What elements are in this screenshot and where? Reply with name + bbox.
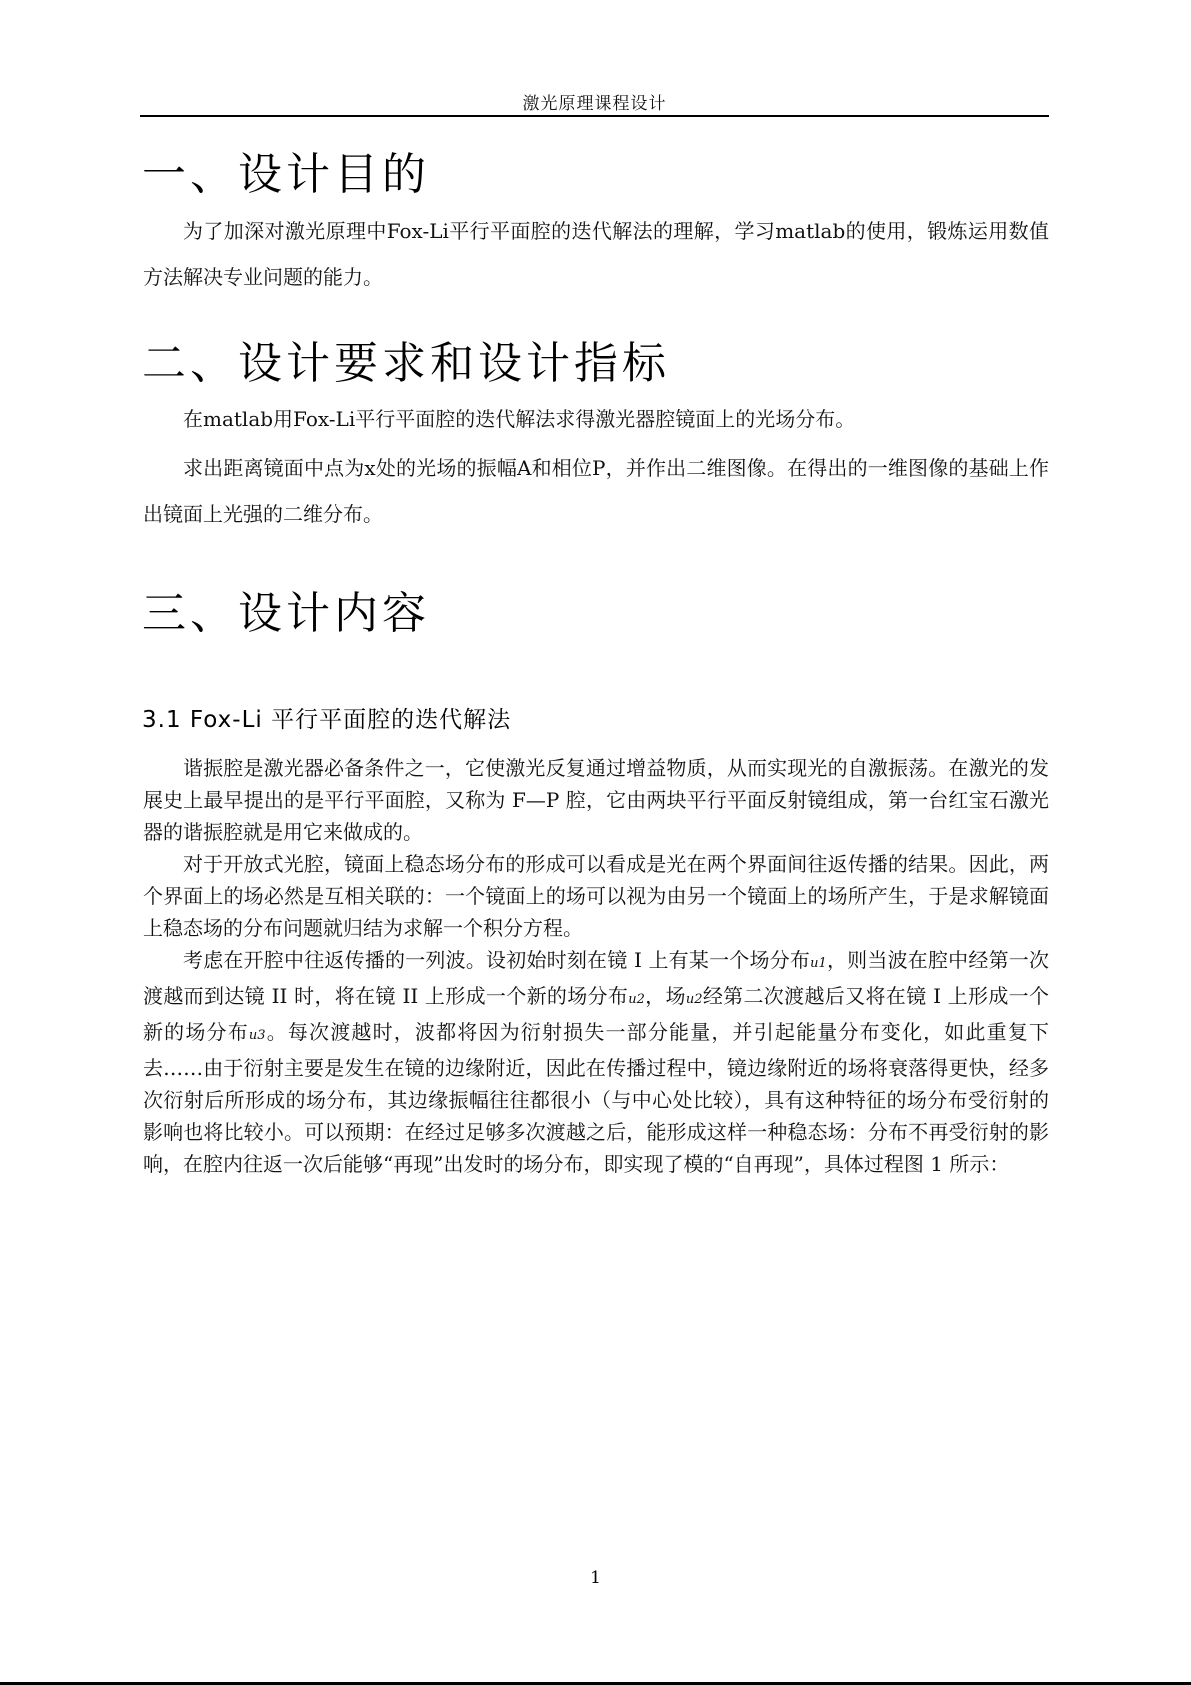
iteration-text-1: 考虑在开腔中往返传播的一列波。设初始时刻在镜 I 上有某一个场分布: [183, 948, 810, 972]
subsection-heading-fox-li: 3.1 Fox-Li 平行平面腔的迭代解法: [142, 709, 511, 732]
iteration-paragraph: 考虑在开腔中往返传播的一列波。设初始时刻在镜 I 上有某一个场分布u1，则当波在…: [143, 944, 1049, 1180]
open-cavity-paragraph: 对于开放式光腔，镜面上稳态场分布的形成可以看成是光在两个界面间往返传播的结果。因…: [143, 848, 1049, 944]
iteration-text-5: 。每次渡越时，波都将因为衍射损失一部分能量，并引起能量分布变化，如此重复下去………: [143, 1020, 1049, 1176]
running-header: 激光原理课程设计: [140, 89, 1049, 114]
requirements-paragraph-1: 在matlab用Fox-Li平行平面腔的迭代解法求得激光器腔镜面上的光场分布。: [143, 396, 1049, 442]
header-divider: [140, 115, 1049, 117]
field-symbol-u2: u2: [628, 992, 645, 1007]
requirements-paragraph-2: 求出距离镜面中点为x处的光场的振幅A和相位P，并作出二维图像。在得出的一维图像的…: [143, 445, 1049, 537]
section-heading-requirements: 二、设计要求和设计指标: [142, 342, 670, 386]
iteration-text-3: ，场: [645, 984, 686, 1008]
section-heading-purpose: 一、设计目的: [142, 153, 430, 197]
purpose-paragraph: 为了加深对激光原理中Fox-Li平行平面腔的迭代解法的理解，学习matlab的使…: [143, 208, 1049, 300]
document-page: 激光原理课程设计 一、设计目的 为了加深对激光原理中Fox-Li平行平面腔的迭代…: [0, 0, 1191, 1685]
resonator-paragraph: 谐振腔是激光器必备条件之一，它使激光反复通过增益物质，从而实现光的自激振荡。在激…: [143, 752, 1049, 848]
field-symbol-u3: u3: [249, 1028, 266, 1043]
section-heading-content: 三、设计内容: [142, 592, 430, 636]
field-symbol-u1: u1: [810, 956, 827, 971]
field-symbol-u2-second: u2: [686, 992, 703, 1007]
page-number: 1: [0, 1568, 1191, 1588]
